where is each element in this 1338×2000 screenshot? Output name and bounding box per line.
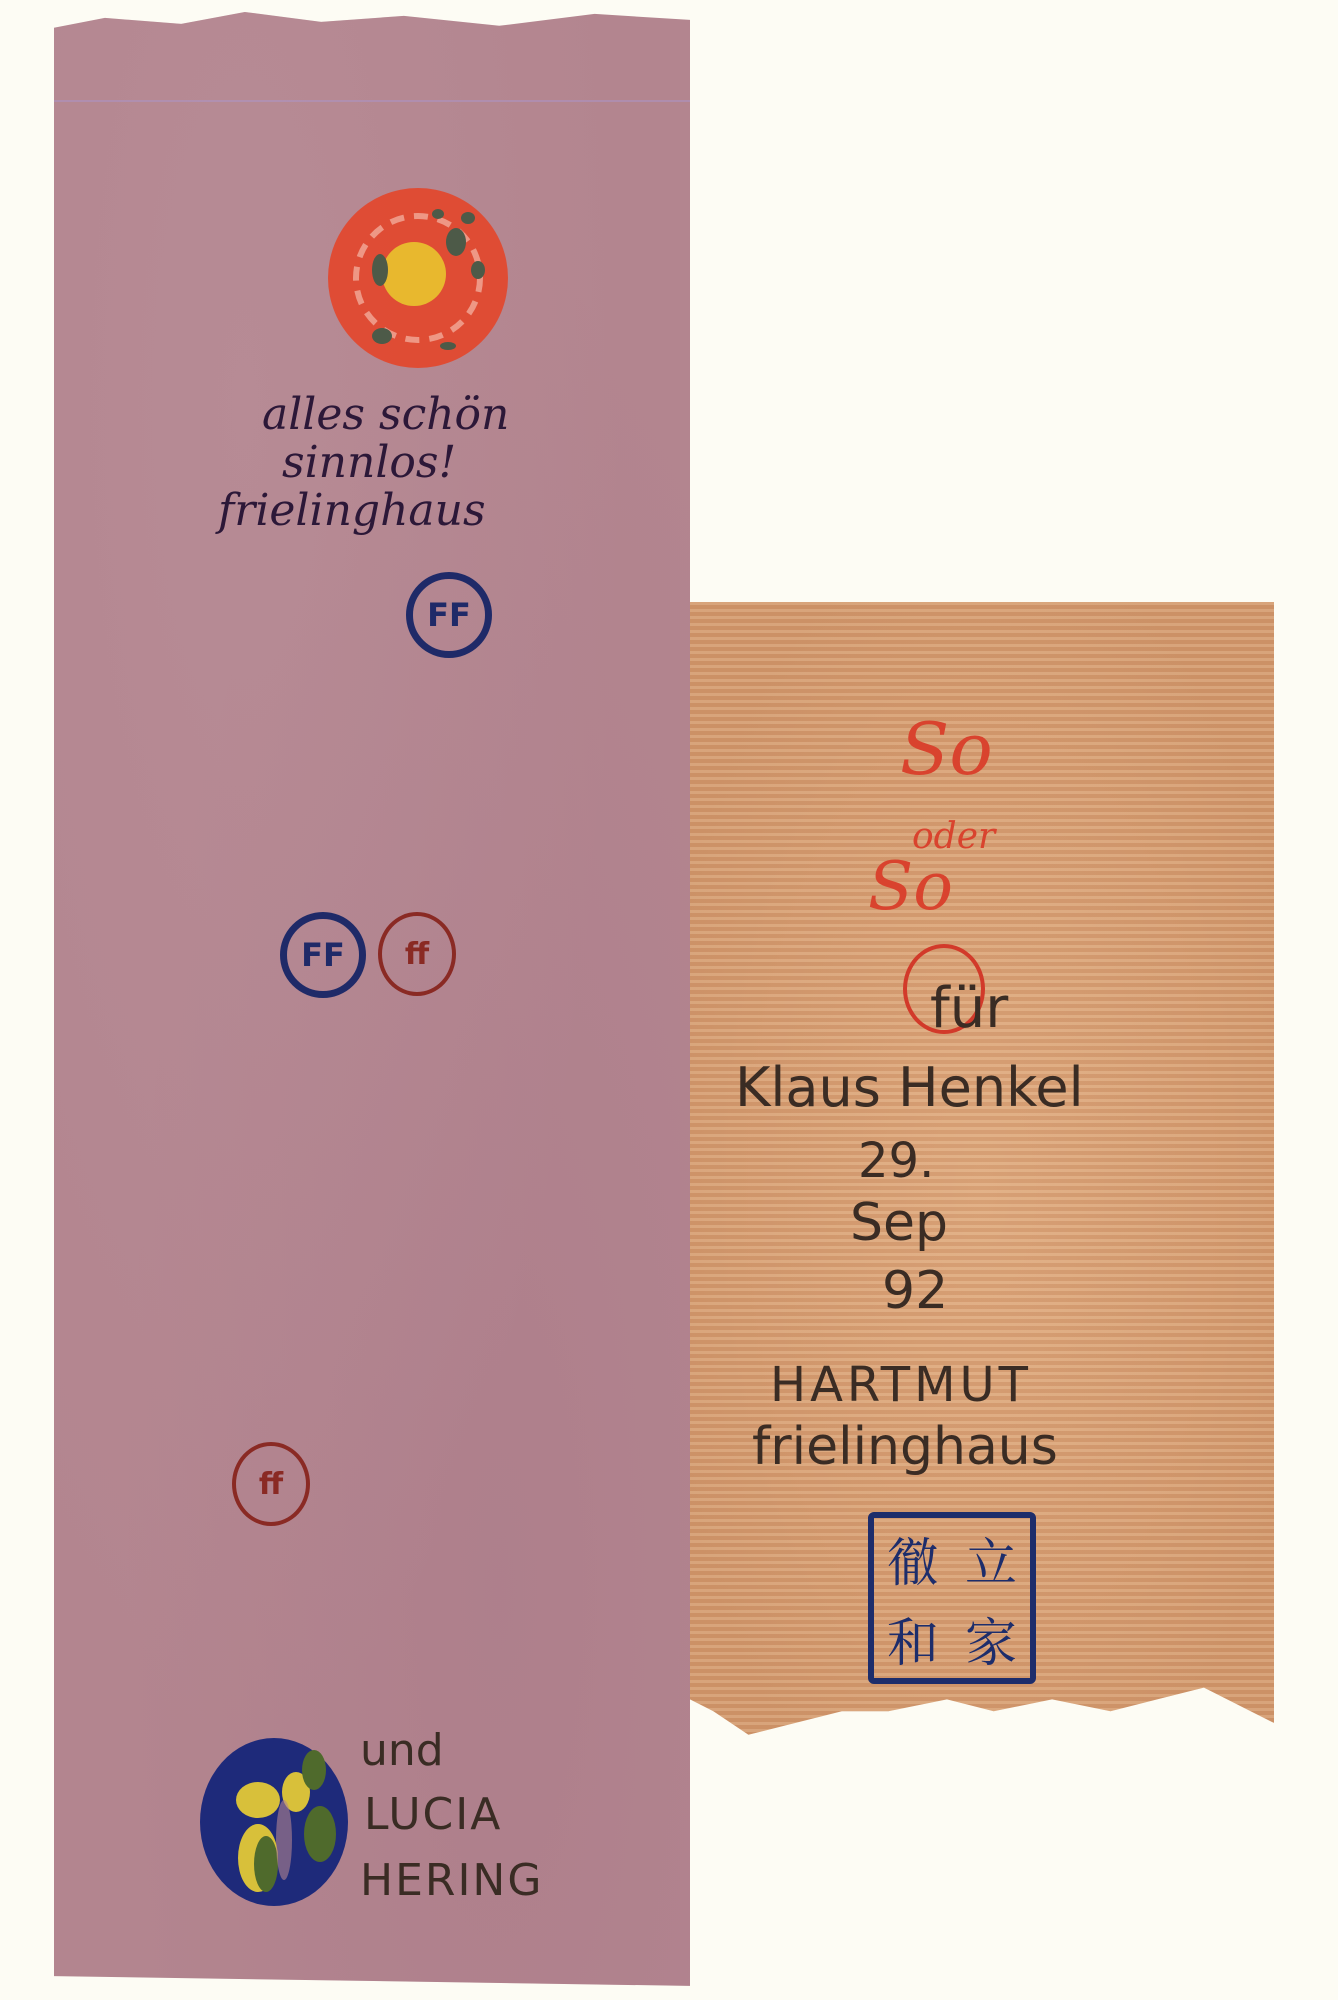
ff-monogram-red-stamp-icon: ff — [378, 912, 456, 996]
signature-hartmut: HARTMUT — [770, 1360, 1032, 1410]
ff-monogram-red-stamp-icon: ff — [232, 1442, 310, 1526]
stamp-glyph: ff — [259, 1467, 283, 1502]
dedication-day: 29. — [858, 1136, 934, 1186]
stamp-glyph: FF — [427, 596, 471, 634]
signature-lucia: LUCIA — [364, 1792, 502, 1838]
stamp-glyph: FF — [301, 936, 345, 974]
dedication-name: Klaus Henkel — [735, 1060, 1084, 1117]
dedication-month: Sep — [850, 1196, 948, 1251]
motto-so-top: So — [900, 712, 993, 788]
inscription-line-3: frielinghaus — [218, 488, 486, 534]
seal-char: 家 — [965, 1601, 1017, 1676]
inscription-line-1: alles schön — [262, 392, 509, 438]
dedication-year: 92 — [882, 1264, 948, 1319]
inscription-line-2: sinnlos! — [282, 440, 456, 486]
motto-so-bottom: So — [868, 852, 953, 921]
stamp-glyph: ff — [405, 937, 429, 972]
ff-monogram-stamp-icon: FF — [280, 912, 366, 998]
seal-char: 徹 — [887, 1521, 939, 1596]
square-chinese-seal-icon: 徹 立 和 家 — [868, 1512, 1036, 1684]
signature-hering: HERING — [360, 1858, 543, 1904]
red-flower-stamp-icon — [318, 178, 518, 378]
ff-monogram-stamp-icon: FF — [406, 572, 492, 658]
signature-und: und — [360, 1728, 444, 1774]
signature-frielinghaus: frielinghaus — [752, 1420, 1058, 1475]
seal-char: 和 — [887, 1601, 939, 1676]
seal-char: 立 — [965, 1521, 1017, 1596]
dedication-fur: für — [930, 980, 1008, 1039]
blue-yellow-thumbprint-icon — [196, 1730, 356, 1910]
